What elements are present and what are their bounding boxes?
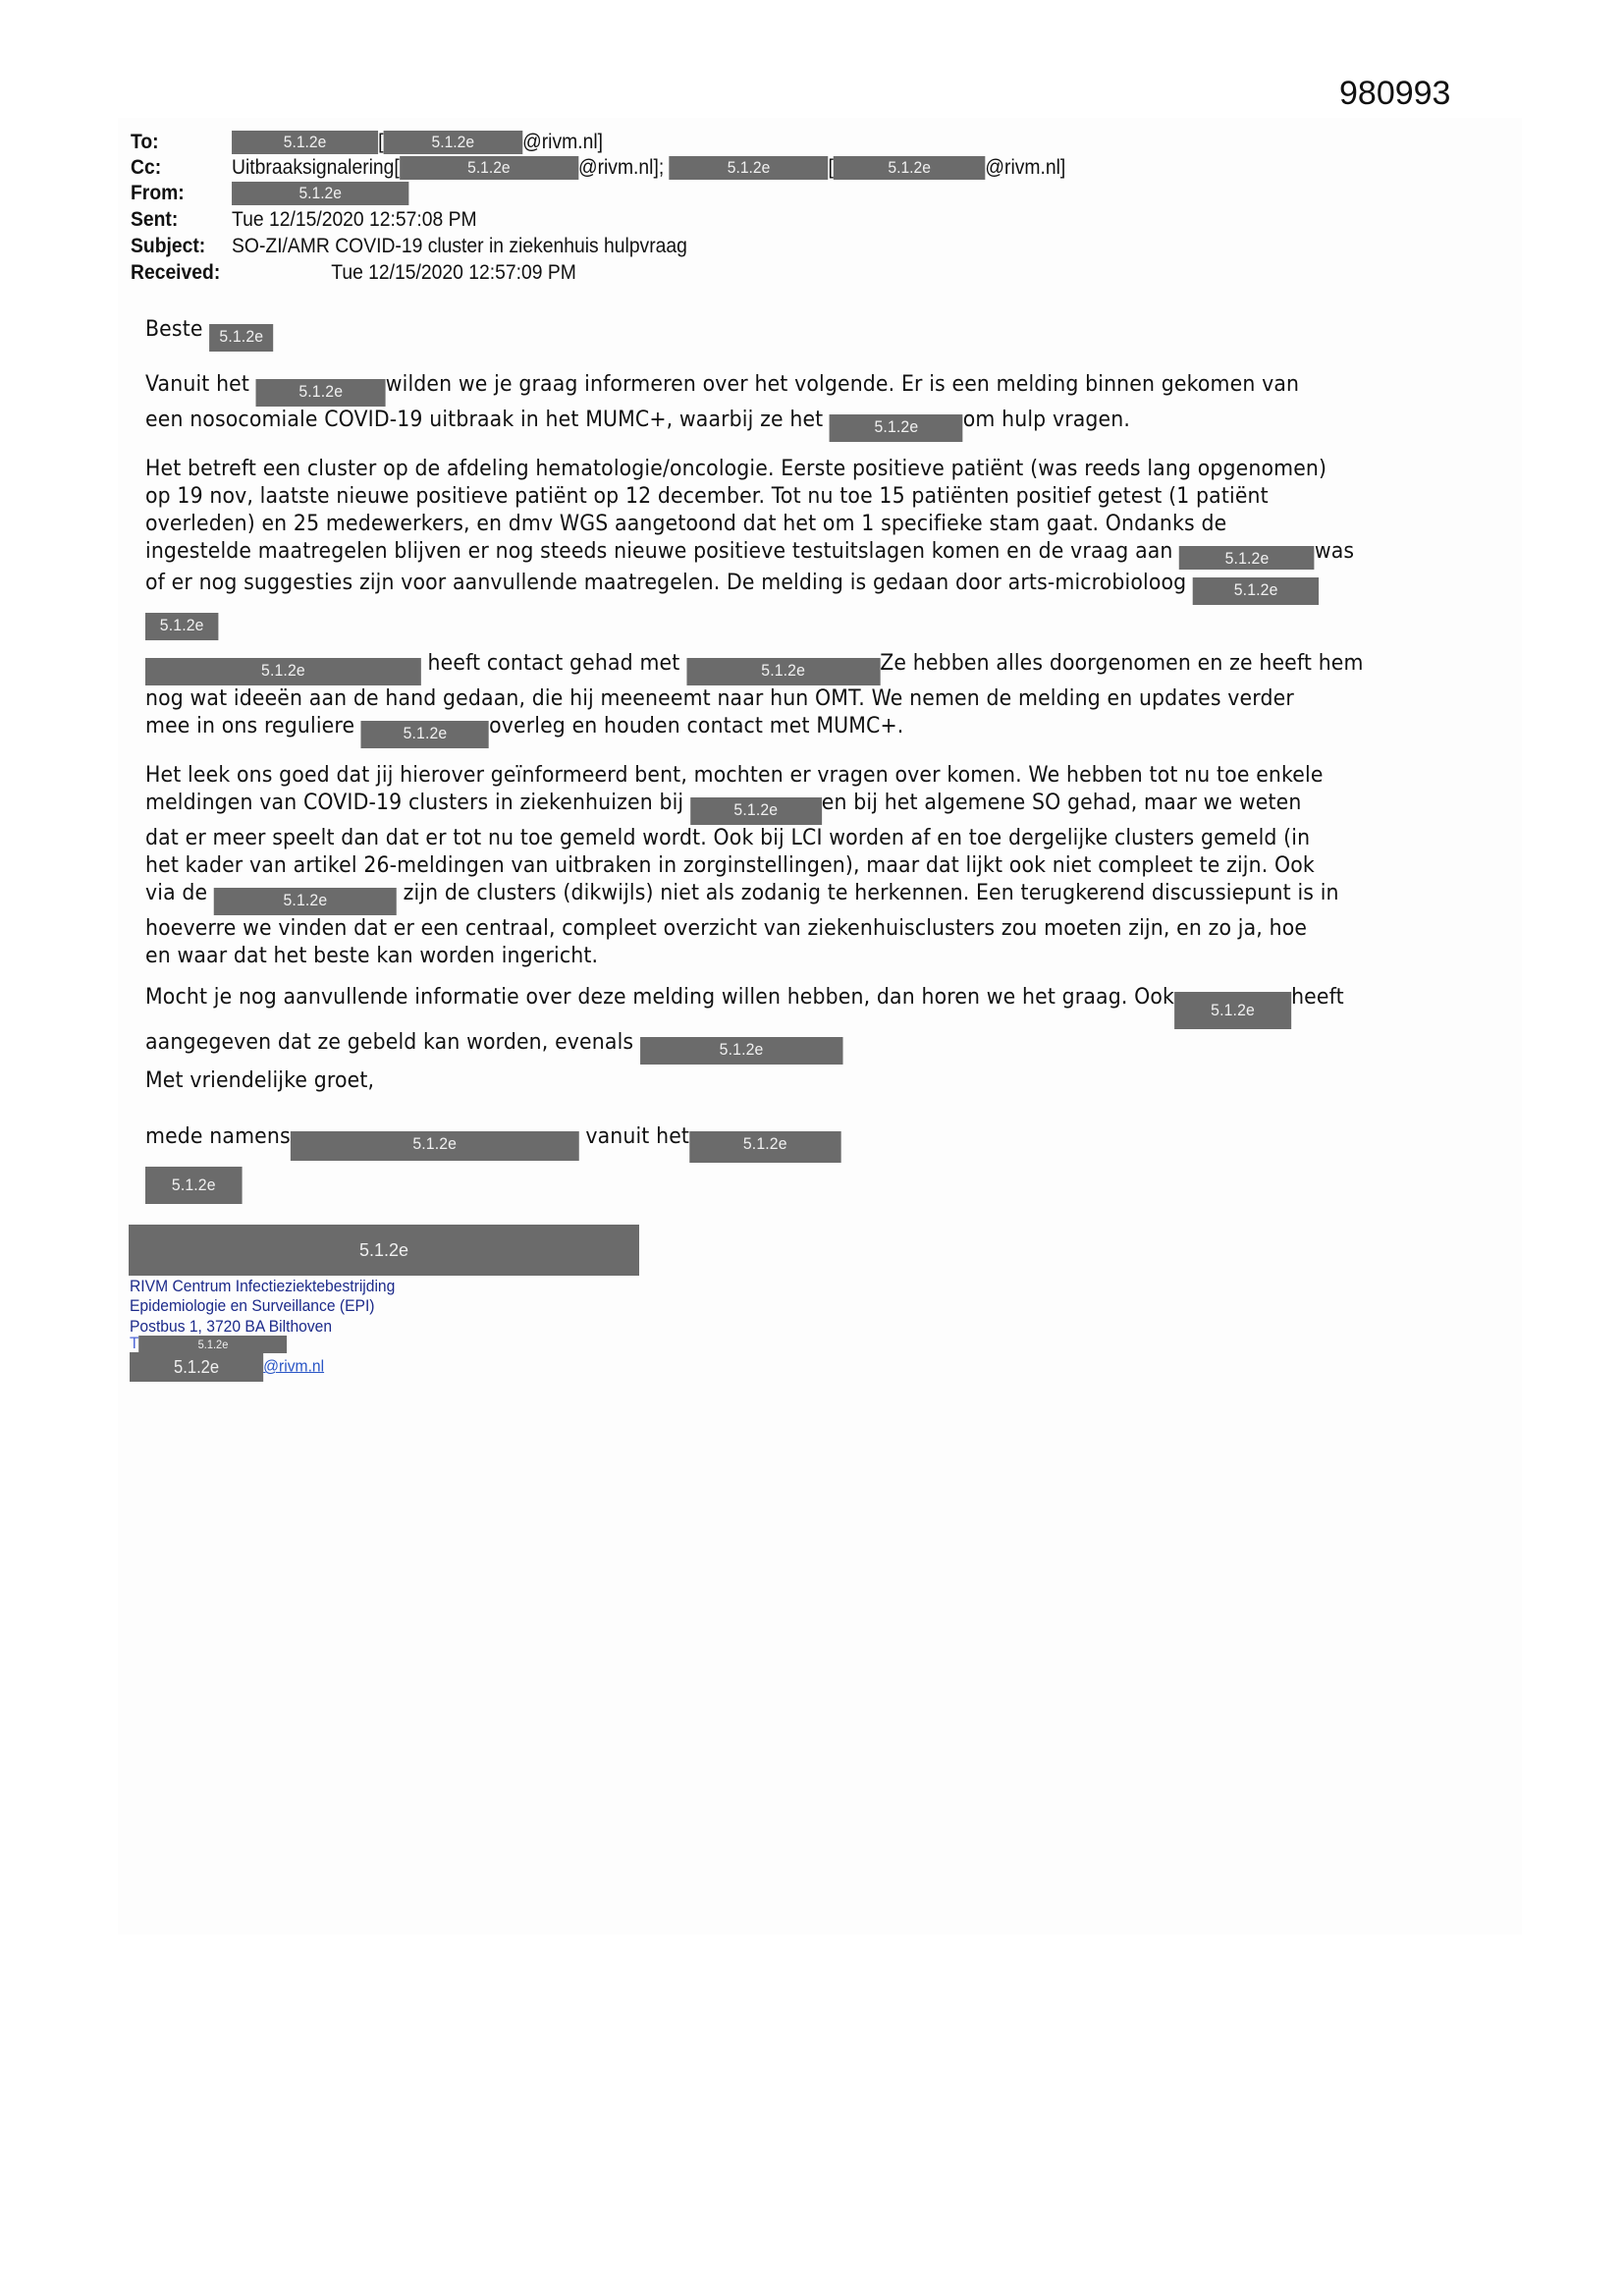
- sent-value: Tue 12/15/2020 12:57:08 PM: [232, 207, 477, 233]
- cc-name: Uitbraaksignalering[: [232, 156, 400, 179]
- redaction: 5.1.2e: [670, 156, 829, 180]
- text: wilden we je graag informeren over het v…: [386, 372, 1299, 397]
- signature-org: RIVM Centrum Infectieziektebestrijding: [130, 1277, 395, 1296]
- redaction: 5.1.2e: [640, 1037, 842, 1065]
- text: Het leek ons goed dat jij hierover geïnf…: [145, 762, 1415, 790]
- redaction: 5.1.2e: [256, 379, 386, 407]
- paragraph-1: Vanuit het 5.1.2ewilden we je graag info…: [145, 371, 1415, 442]
- text: zijn de clusters (dikwijls) niet als zod…: [404, 881, 1339, 905]
- redaction: 5.1.2e: [1179, 546, 1315, 570]
- phone-prefix: T: [130, 1334, 139, 1352]
- header-to-row: To:5.1.2e[5.1.2e@rivm.nl]: [131, 130, 603, 155]
- sent-label: Sent:: [131, 207, 232, 233]
- redaction: 5.1.2e: [690, 797, 822, 825]
- header-cc-row: Cc:Uitbraaksignalering[5.1.2e@rivm.nl]; …: [131, 155, 1065, 181]
- text: het kader van artikel 26-meldingen van u…: [145, 852, 1415, 880]
- text: dat er meer speelt dan dat er tot nu toe…: [145, 825, 1415, 852]
- header-received-row: Received:Tue 12/15/2020 12:57:09 PM: [131, 260, 576, 286]
- text: en waar dat het beste kan worden ingeric…: [145, 943, 1415, 970]
- paragraph-2: Het betreft een cluster op de afdeling h…: [145, 456, 1415, 640]
- redaction: 5.1.2e: [291, 1131, 579, 1161]
- text: overleden) en 25 medewerkers, en dmv WGS…: [145, 511, 1415, 538]
- redaction: 5.1.2e: [145, 658, 421, 685]
- text: Ze hebben alles doorgenomen en ze heeft …: [880, 651, 1363, 676]
- text: op 19 nov, laatste nieuwe positieve pati…: [145, 483, 1415, 511]
- signature-name-redaction: 5.1.2e: [129, 1225, 639, 1276]
- text: mede namens: [145, 1124, 291, 1149]
- cc-email-domain: @rivm.nl];: [578, 156, 664, 179]
- text: overleg en houden contact met MUMC+.: [489, 714, 903, 738]
- cc-email-domain-2: @rivm.nl]: [985, 156, 1065, 179]
- signature-email: 5.1.2e@rivm.nl: [130, 1352, 324, 1382]
- mede-namens-line: mede namens5.1.2e vanuit het5.1.2e 5.1.2…: [145, 1123, 1415, 1204]
- header-from-row: From:5.1.2e: [131, 181, 408, 206]
- text: mee in ons reguliere: [145, 714, 354, 738]
- text: en bij het algemene SO gehad, maar we we…: [822, 791, 1302, 815]
- redaction: 5.1.2e: [1174, 992, 1291, 1029]
- paragraph-4: Het leek ons goed dat jij hierover geïnf…: [145, 762, 1415, 970]
- redaction: 5.1.2e: [130, 1352, 263, 1382]
- signature-phone: T5.1.2e: [130, 1334, 287, 1353]
- paragraph-3: 5.1.2e heeft contact gehad met 5.1.2eZe …: [145, 650, 1415, 748]
- redaction: 5.1.2e: [686, 658, 880, 685]
- text: meldingen van COVID-19 clusters in zieke…: [145, 791, 683, 815]
- redaction: 5.1.2e: [214, 888, 397, 915]
- redaction: 5.1.2e: [209, 324, 273, 352]
- redaction: 5.1.2e: [689, 1131, 840, 1163]
- from-label: From:: [131, 181, 232, 206]
- redaction: 5.1.2e: [361, 721, 489, 748]
- text: nog wat ideeën aan de hand gedaan, die h…: [145, 685, 1415, 713]
- header-subject-row: Subject:SO-ZI/AMR COVID-19 cluster in zi…: [131, 234, 687, 259]
- text: ingestelde maatregelen blijven er nog st…: [145, 539, 1173, 564]
- redaction: 5.1.2e: [232, 182, 408, 205]
- redaction: 5.1.2e: [830, 414, 963, 442]
- received-value: Tue 12/15/2020 12:57:09 PM: [331, 260, 576, 286]
- header-sent-row: Sent:Tue 12/15/2020 12:57:08 PM: [131, 207, 477, 233]
- redaction: 5.1.2e: [232, 131, 378, 154]
- redaction: 5.1.2e: [139, 1336, 288, 1353]
- text: heeft: [1291, 985, 1344, 1010]
- greeting-text: Beste: [145, 317, 203, 342]
- greeting: Beste 5.1.2e: [145, 316, 1415, 352]
- closing: Met vriendelijke groet,: [145, 1067, 1415, 1095]
- text: Mocht je nog aanvullende informatie over…: [145, 985, 1174, 1010]
- text: via de: [145, 881, 207, 905]
- document-number: 980993: [1339, 75, 1450, 113]
- text: vanuit het: [585, 1124, 689, 1149]
- redaction: 5.1.2e: [383, 131, 522, 154]
- text: was: [1315, 539, 1354, 564]
- signature-department: Epidemiologie en Surveillance (EPI): [130, 1296, 375, 1316]
- text: hoeverre we vinden dat er een centraal, …: [145, 915, 1415, 943]
- text: Het betreft een cluster op de afdeling h…: [145, 456, 1415, 483]
- received-label: Received:: [131, 260, 331, 286]
- redaction: 5.1.2e: [1193, 577, 1319, 605]
- cc-label: Cc:: [131, 155, 232, 181]
- to-label: To:: [131, 130, 232, 155]
- paragraph-5: Mocht je nog aanvullende informatie over…: [145, 984, 1415, 1065]
- redaction: 5.1.2e: [145, 1167, 243, 1204]
- text: een nosocomiale COVID-19 uitbraak in het…: [145, 408, 823, 432]
- text: of er nog suggesties zijn voor aanvullen…: [145, 571, 1186, 595]
- subject-value: SO-ZI/AMR COVID-19 cluster in ziekenhuis…: [232, 234, 687, 259]
- text: Vanuit het: [145, 372, 249, 397]
- text: om hulp vragen.: [963, 408, 1130, 432]
- redaction: 5.1.2e: [145, 613, 218, 640]
- subject-label: Subject:: [131, 234, 232, 259]
- text: aangegeven dat ze gebeld kan worden, eve…: [145, 1030, 633, 1055]
- redaction: 5.1.2e: [400, 156, 578, 180]
- redaction: 5.1.2e: [834, 156, 986, 180]
- to-email-domain: @rivm.nl]: [522, 131, 603, 153]
- text: heeft contact gehad met: [428, 651, 680, 676]
- email-link[interactable]: @rivm.nl: [263, 1356, 324, 1375]
